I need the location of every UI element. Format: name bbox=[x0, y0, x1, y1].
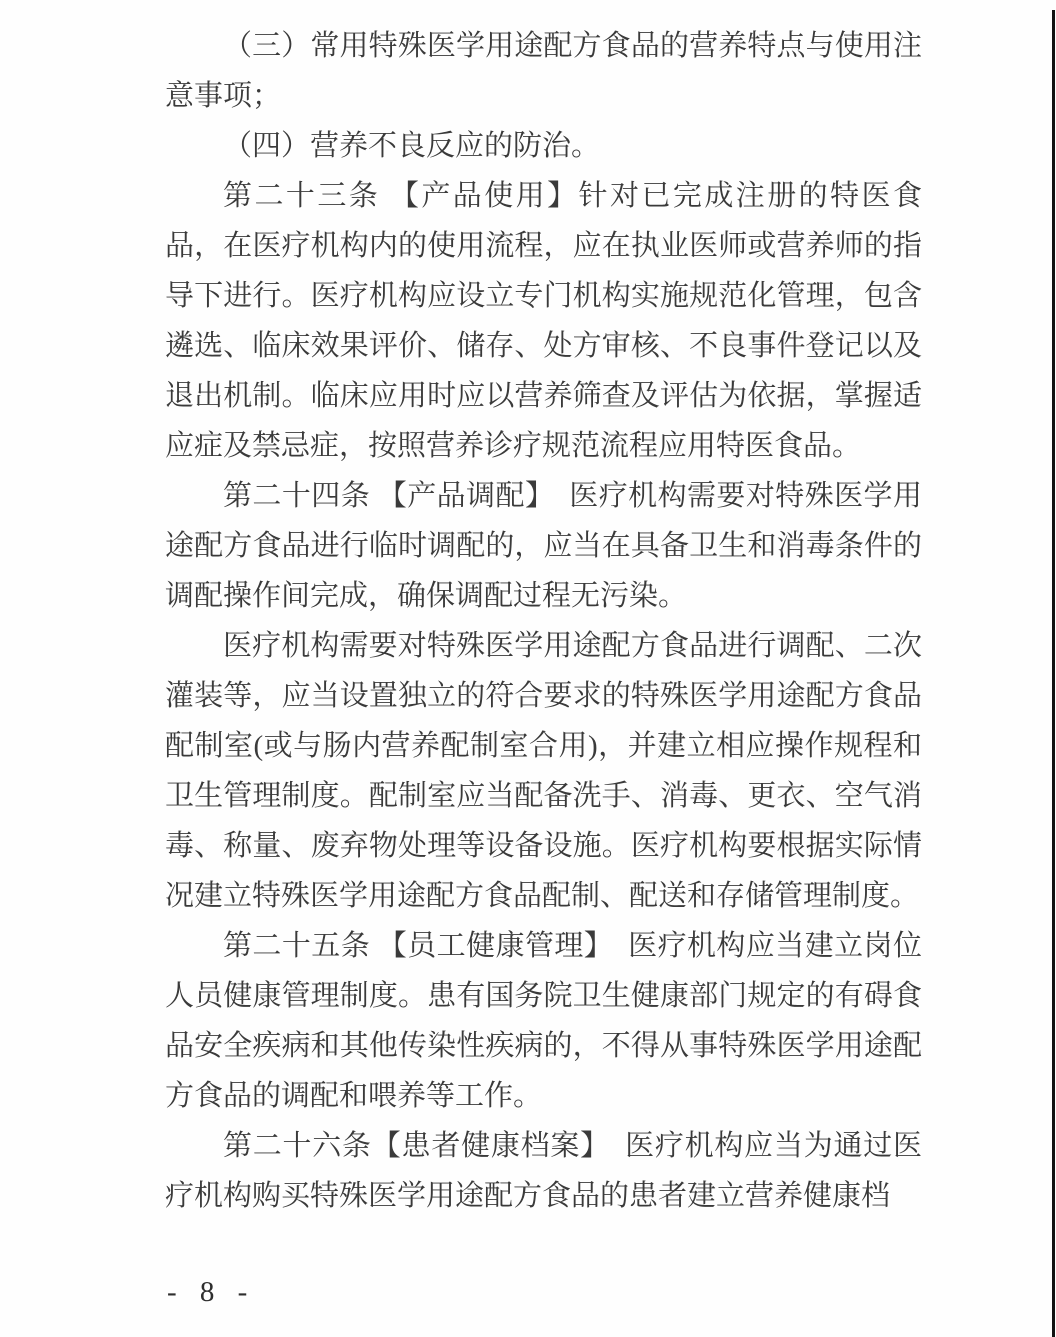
document-body: （三）常用特殊医学用途配方食品的营养特点与使用注意事项； （四）营养不良反应的防… bbox=[165, 21, 922, 1221]
paragraph-item-3: （三）常用特殊医学用途配方食品的营养特点与使用注意事项； bbox=[165, 21, 922, 121]
document-page: （三）常用特殊医学用途配方食品的营养特点与使用注意事项； （四）营养不良反应的防… bbox=[0, 0, 1056, 1337]
scan-edge-line bbox=[1052, 10, 1055, 1337]
page-number: - 8 - bbox=[167, 1276, 257, 1309]
paragraph-article-23: 第二十三条 【产品使用】针对已完成注册的特医食品，在医疗机构内的使用流程，应在执… bbox=[165, 171, 922, 471]
paragraph-article-25: 第二十五条 【员工健康管理】 医疗机构应当建立岗位人员健康管理制度。患有国务院卫… bbox=[165, 921, 922, 1121]
paragraph-article-24-cont: 医疗机构需要对特殊医学用途配方食品进行调配、二次灌装等，应当设置独立的符合要求的… bbox=[165, 621, 922, 921]
paragraph-article-26: 第二十六条【患者健康档案】 医疗机构应当为通过医疗机构购买特殊医学用途配方食品的… bbox=[165, 1121, 922, 1221]
paragraph-item-4: （四）营养不良反应的防治。 bbox=[165, 121, 922, 171]
paragraph-article-24: 第二十四条 【产品调配】 医疗机构需要对特殊医学用途配方食品进行临时调配的，应当… bbox=[165, 471, 922, 621]
